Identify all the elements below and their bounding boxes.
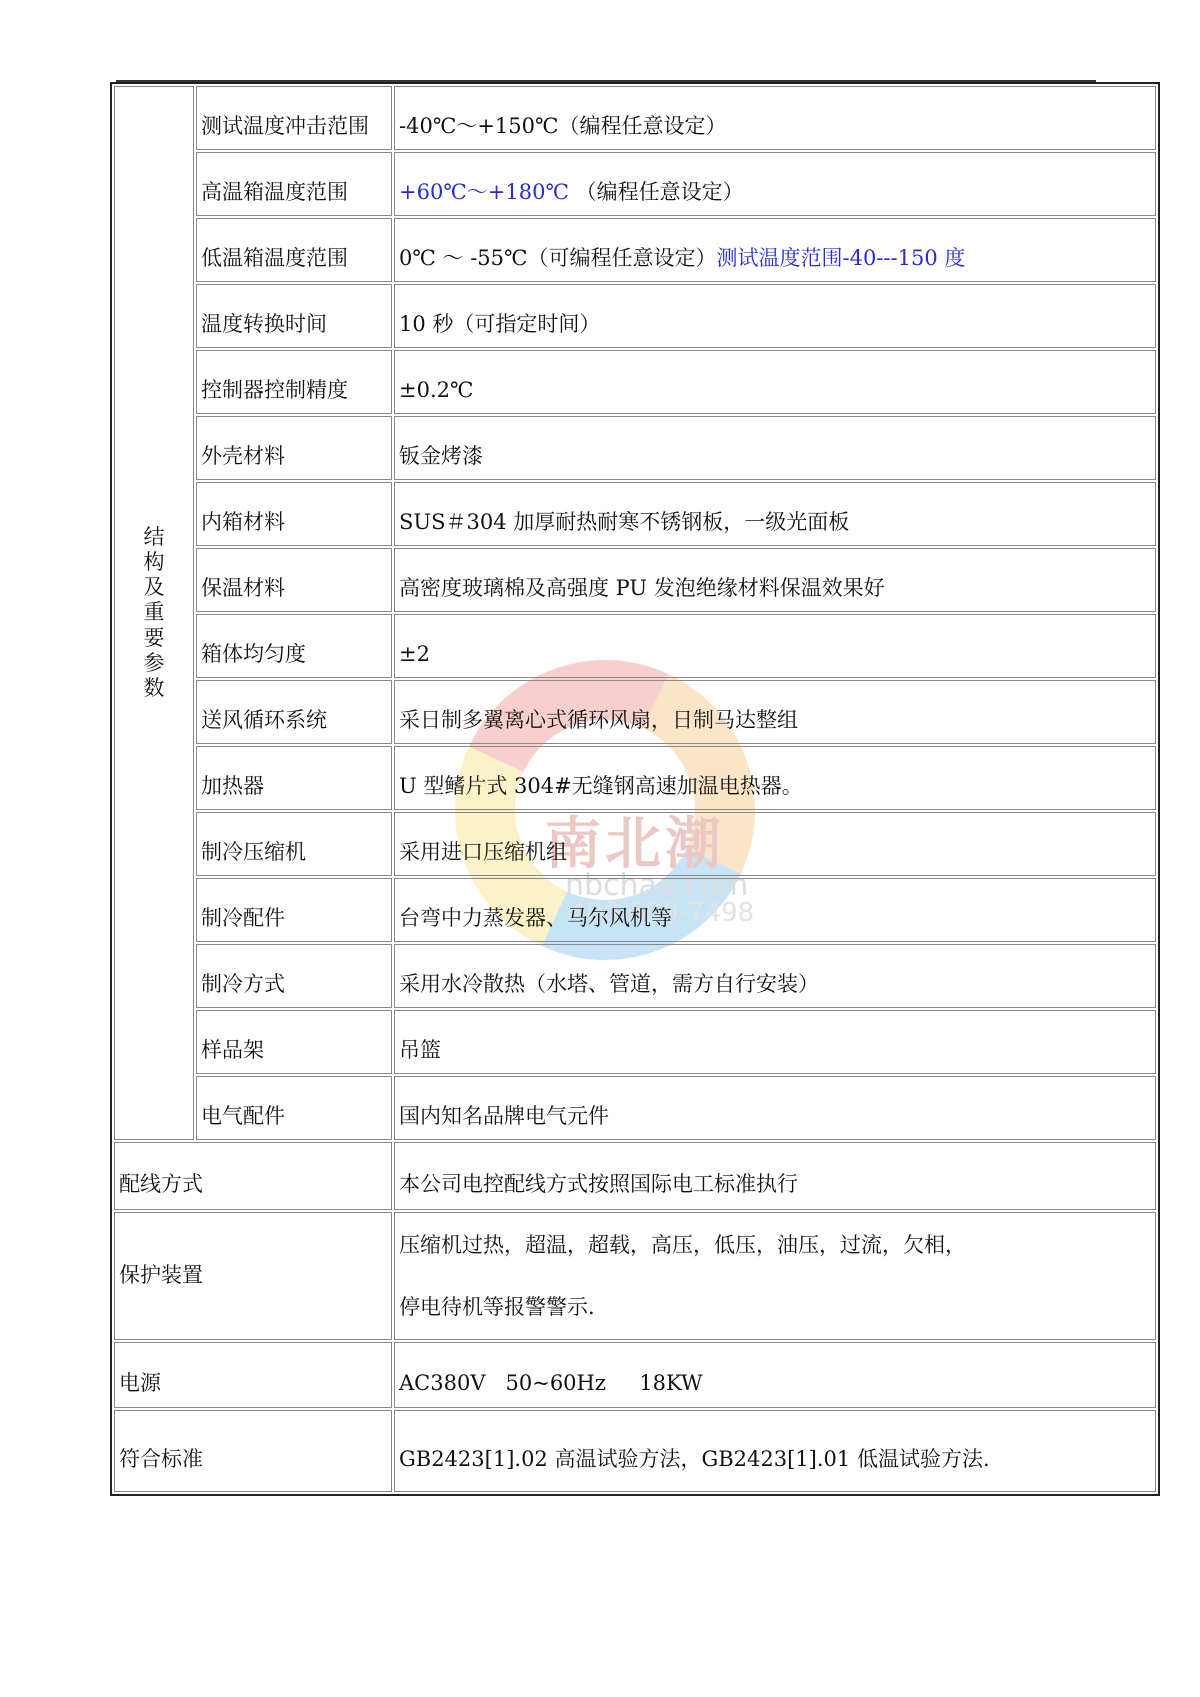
spec-table-body: 结构及重要参数测试温度冲击范围-40℃～+150℃（编程任意设定）高温箱温度范围… xyxy=(114,86,1156,1492)
spec-row: 制冷压缩机采用进口压缩机组 xyxy=(114,812,1156,876)
section-value: 压缩机过热，超温，超载，高压，低压，油压，过流，欠相，停电待机等报警警示. xyxy=(394,1212,1156,1340)
section-value: 本公司电控配线方式按照国际电工标准执行 xyxy=(394,1142,1156,1210)
param-value-text: 采用水冷散热（水塔、管道，需方自行安装） xyxy=(399,972,819,996)
group-label-char: 结 xyxy=(119,525,189,550)
section-value-line: 停电待机等报警警示. xyxy=(399,1276,1151,1338)
spec-table: 结构及重要参数测试温度冲击范围-40℃～+150℃（编程任意设定）高温箱温度范围… xyxy=(110,82,1160,1496)
section-value-line: 压缩机过热，超温，超载，高压，低压，油压，过流，欠相， xyxy=(399,1214,1151,1276)
param-value-text: 钣金烤漆 xyxy=(399,444,483,468)
param-value: SUS＃304 加厚耐热耐寒不锈钢板，一级光面板 xyxy=(394,482,1156,546)
param-value-text: ±2 xyxy=(399,642,430,666)
spec-row: 箱体均匀度±2 xyxy=(114,614,1156,678)
param-value-text: ±0.2℃ xyxy=(399,378,473,402)
spec-row: 电气配件国内知名品牌电气元件 xyxy=(114,1076,1156,1140)
section-label: 配线方式 xyxy=(114,1142,392,1210)
param-value-text: 高密度玻璃棉及高强度 PU 发泡绝缘材料保温效果好 xyxy=(399,576,885,600)
param-value: U 型鳍片式 304#无缝钢高速加温电热器。 xyxy=(394,746,1156,810)
param-label: 保温材料 xyxy=(196,548,392,612)
param-label: 箱体均匀度 xyxy=(196,614,392,678)
param-value: 钣金烤漆 xyxy=(394,416,1156,480)
spec-row-wide: 电源AC380V 50~60Hz 18KW xyxy=(114,1342,1156,1408)
param-label: 外壳材料 xyxy=(196,416,392,480)
param-value: 采日制多翼离心式循环风扇，日制马达整组 xyxy=(394,680,1156,744)
group-label-char: 及 xyxy=(119,575,189,600)
spec-row: 保温材料高密度玻璃棉及高强度 PU 发泡绝缘材料保温效果好 xyxy=(114,548,1156,612)
param-value: 台弯中力蒸发器、马尔风机等 xyxy=(394,878,1156,942)
spec-row: 制冷配件台弯中力蒸发器、马尔风机等 xyxy=(114,878,1156,942)
param-value-text: （编程任意设定） xyxy=(569,180,744,204)
spec-row-wide: 保护装置压缩机过热，超温，超载，高压，低压，油压，过流，欠相，停电待机等报警警示… xyxy=(114,1212,1156,1340)
param-value-text: 国内知名品牌电气元件 xyxy=(399,1104,609,1128)
section-label: 电源 xyxy=(114,1342,392,1408)
param-label: 温度转换时间 xyxy=(196,284,392,348)
group-label-char: 构 xyxy=(119,550,189,575)
param-label: 送风循环系统 xyxy=(196,680,392,744)
param-label: 电气配件 xyxy=(196,1076,392,1140)
param-label: 制冷方式 xyxy=(196,944,392,1008)
param-value-text: U 型鳍片式 304#无缝钢高速加温电热器。 xyxy=(399,774,803,798)
param-value: 10 秒（可指定时间） xyxy=(394,284,1156,348)
param-value: 采用进口压缩机组 xyxy=(394,812,1156,876)
param-value-text: SUS＃304 加厚耐热耐寒不锈钢板，一级光面板 xyxy=(399,510,849,534)
param-value-text: 采日制多翼离心式循环风扇，日制马达整组 xyxy=(399,708,798,732)
group-label-char: 重 xyxy=(119,600,189,625)
spec-row: 控制器控制精度±0.2℃ xyxy=(114,350,1156,414)
spec-row-wide: 配线方式本公司电控配线方式按照国际电工标准执行 xyxy=(114,1142,1156,1210)
group-label-char: 参 xyxy=(119,651,189,676)
spec-row: 样品架吊篮 xyxy=(114,1010,1156,1074)
spec-row-wide: 符合标准GB2423[1].02 高温试验方法，GB2423[1].01 低温试… xyxy=(114,1410,1156,1492)
param-value: 0℃ ～ -55℃（可编程任意设定）测试温度范围-40---150 度 xyxy=(394,218,1156,282)
param-value-text: 吊篮 xyxy=(399,1038,441,1062)
spec-row: 制冷方式采用水冷散热（水塔、管道，需方自行安装） xyxy=(114,944,1156,1008)
param-value: 采用水冷散热（水塔、管道，需方自行安装） xyxy=(394,944,1156,1008)
param-value-highlight: +60℃～+180℃ xyxy=(399,180,569,204)
param-value-highlight: 测试温度范围-40---150 度 xyxy=(717,246,966,270)
section-label: 保护装置 xyxy=(114,1212,392,1340)
param-value: 高密度玻璃棉及高强度 PU 发泡绝缘材料保温效果好 xyxy=(394,548,1156,612)
param-label: 制冷压缩机 xyxy=(196,812,392,876)
param-value-text: 0℃ ～ -55℃（可编程任意设定） xyxy=(399,246,717,270)
param-value-text: -40℃～+150℃（编程任意设定） xyxy=(399,114,726,138)
param-value: 吊篮 xyxy=(394,1010,1156,1074)
spec-row: 低温箱温度范围0℃ ～ -55℃（可编程任意设定）测试温度范围-40---150… xyxy=(114,218,1156,282)
group-label-char: 要 xyxy=(119,626,189,651)
param-label: 制冷配件 xyxy=(196,878,392,942)
section-value: GB2423[1].02 高温试验方法，GB2423[1].01 低温试验方法. xyxy=(394,1410,1156,1492)
param-label: 内箱材料 xyxy=(196,482,392,546)
param-label: 加热器 xyxy=(196,746,392,810)
param-value: 国内知名品牌电气元件 xyxy=(394,1076,1156,1140)
section-value: AC380V 50~60Hz 18KW xyxy=(394,1342,1156,1408)
spec-row: 结构及重要参数测试温度冲击范围-40℃～+150℃（编程任意设定） xyxy=(114,86,1156,150)
param-value: -40℃～+150℃（编程任意设定） xyxy=(394,86,1156,150)
spec-row: 加热器U 型鳍片式 304#无缝钢高速加温电热器。 xyxy=(114,746,1156,810)
param-value: ±0.2℃ xyxy=(394,350,1156,414)
param-label: 测试温度冲击范围 xyxy=(196,86,392,150)
param-label: 高温箱温度范围 xyxy=(196,152,392,216)
param-value: ±2 xyxy=(394,614,1156,678)
section-value-line: 本公司电控配线方式按照国际电工标准执行 xyxy=(399,1172,798,1196)
param-label: 低温箱温度范围 xyxy=(196,218,392,282)
spec-row: 温度转换时间10 秒（可指定时间） xyxy=(114,284,1156,348)
param-value: +60℃～+180℃ （编程任意设定） xyxy=(394,152,1156,216)
param-label: 样品架 xyxy=(196,1010,392,1074)
section-label: 符合标准 xyxy=(114,1410,392,1492)
section-value-line: GB2423[1].02 高温试验方法，GB2423[1].01 低温试验方法. xyxy=(399,1447,990,1471)
group-label-char: 数 xyxy=(119,676,189,701)
spec-row: 外壳材料钣金烤漆 xyxy=(114,416,1156,480)
group-label-structure-params: 结构及重要参数 xyxy=(114,86,194,1140)
spec-row: 送风循环系统采日制多翼离心式循环风扇，日制马达整组 xyxy=(114,680,1156,744)
spec-row: 内箱材料SUS＃304 加厚耐热耐寒不锈钢板，一级光面板 xyxy=(114,482,1156,546)
param-label: 控制器控制精度 xyxy=(196,350,392,414)
param-value-text: 采用进口压缩机组 xyxy=(399,840,567,864)
param-value-text: 10 秒（可指定时间） xyxy=(399,312,600,336)
spec-row: 高温箱温度范围+60℃～+180℃ （编程任意设定） xyxy=(114,152,1156,216)
param-value-text: 台弯中力蒸发器、马尔风机等 xyxy=(399,906,672,930)
section-value-line: AC380V 50~60Hz 18KW xyxy=(399,1371,703,1395)
